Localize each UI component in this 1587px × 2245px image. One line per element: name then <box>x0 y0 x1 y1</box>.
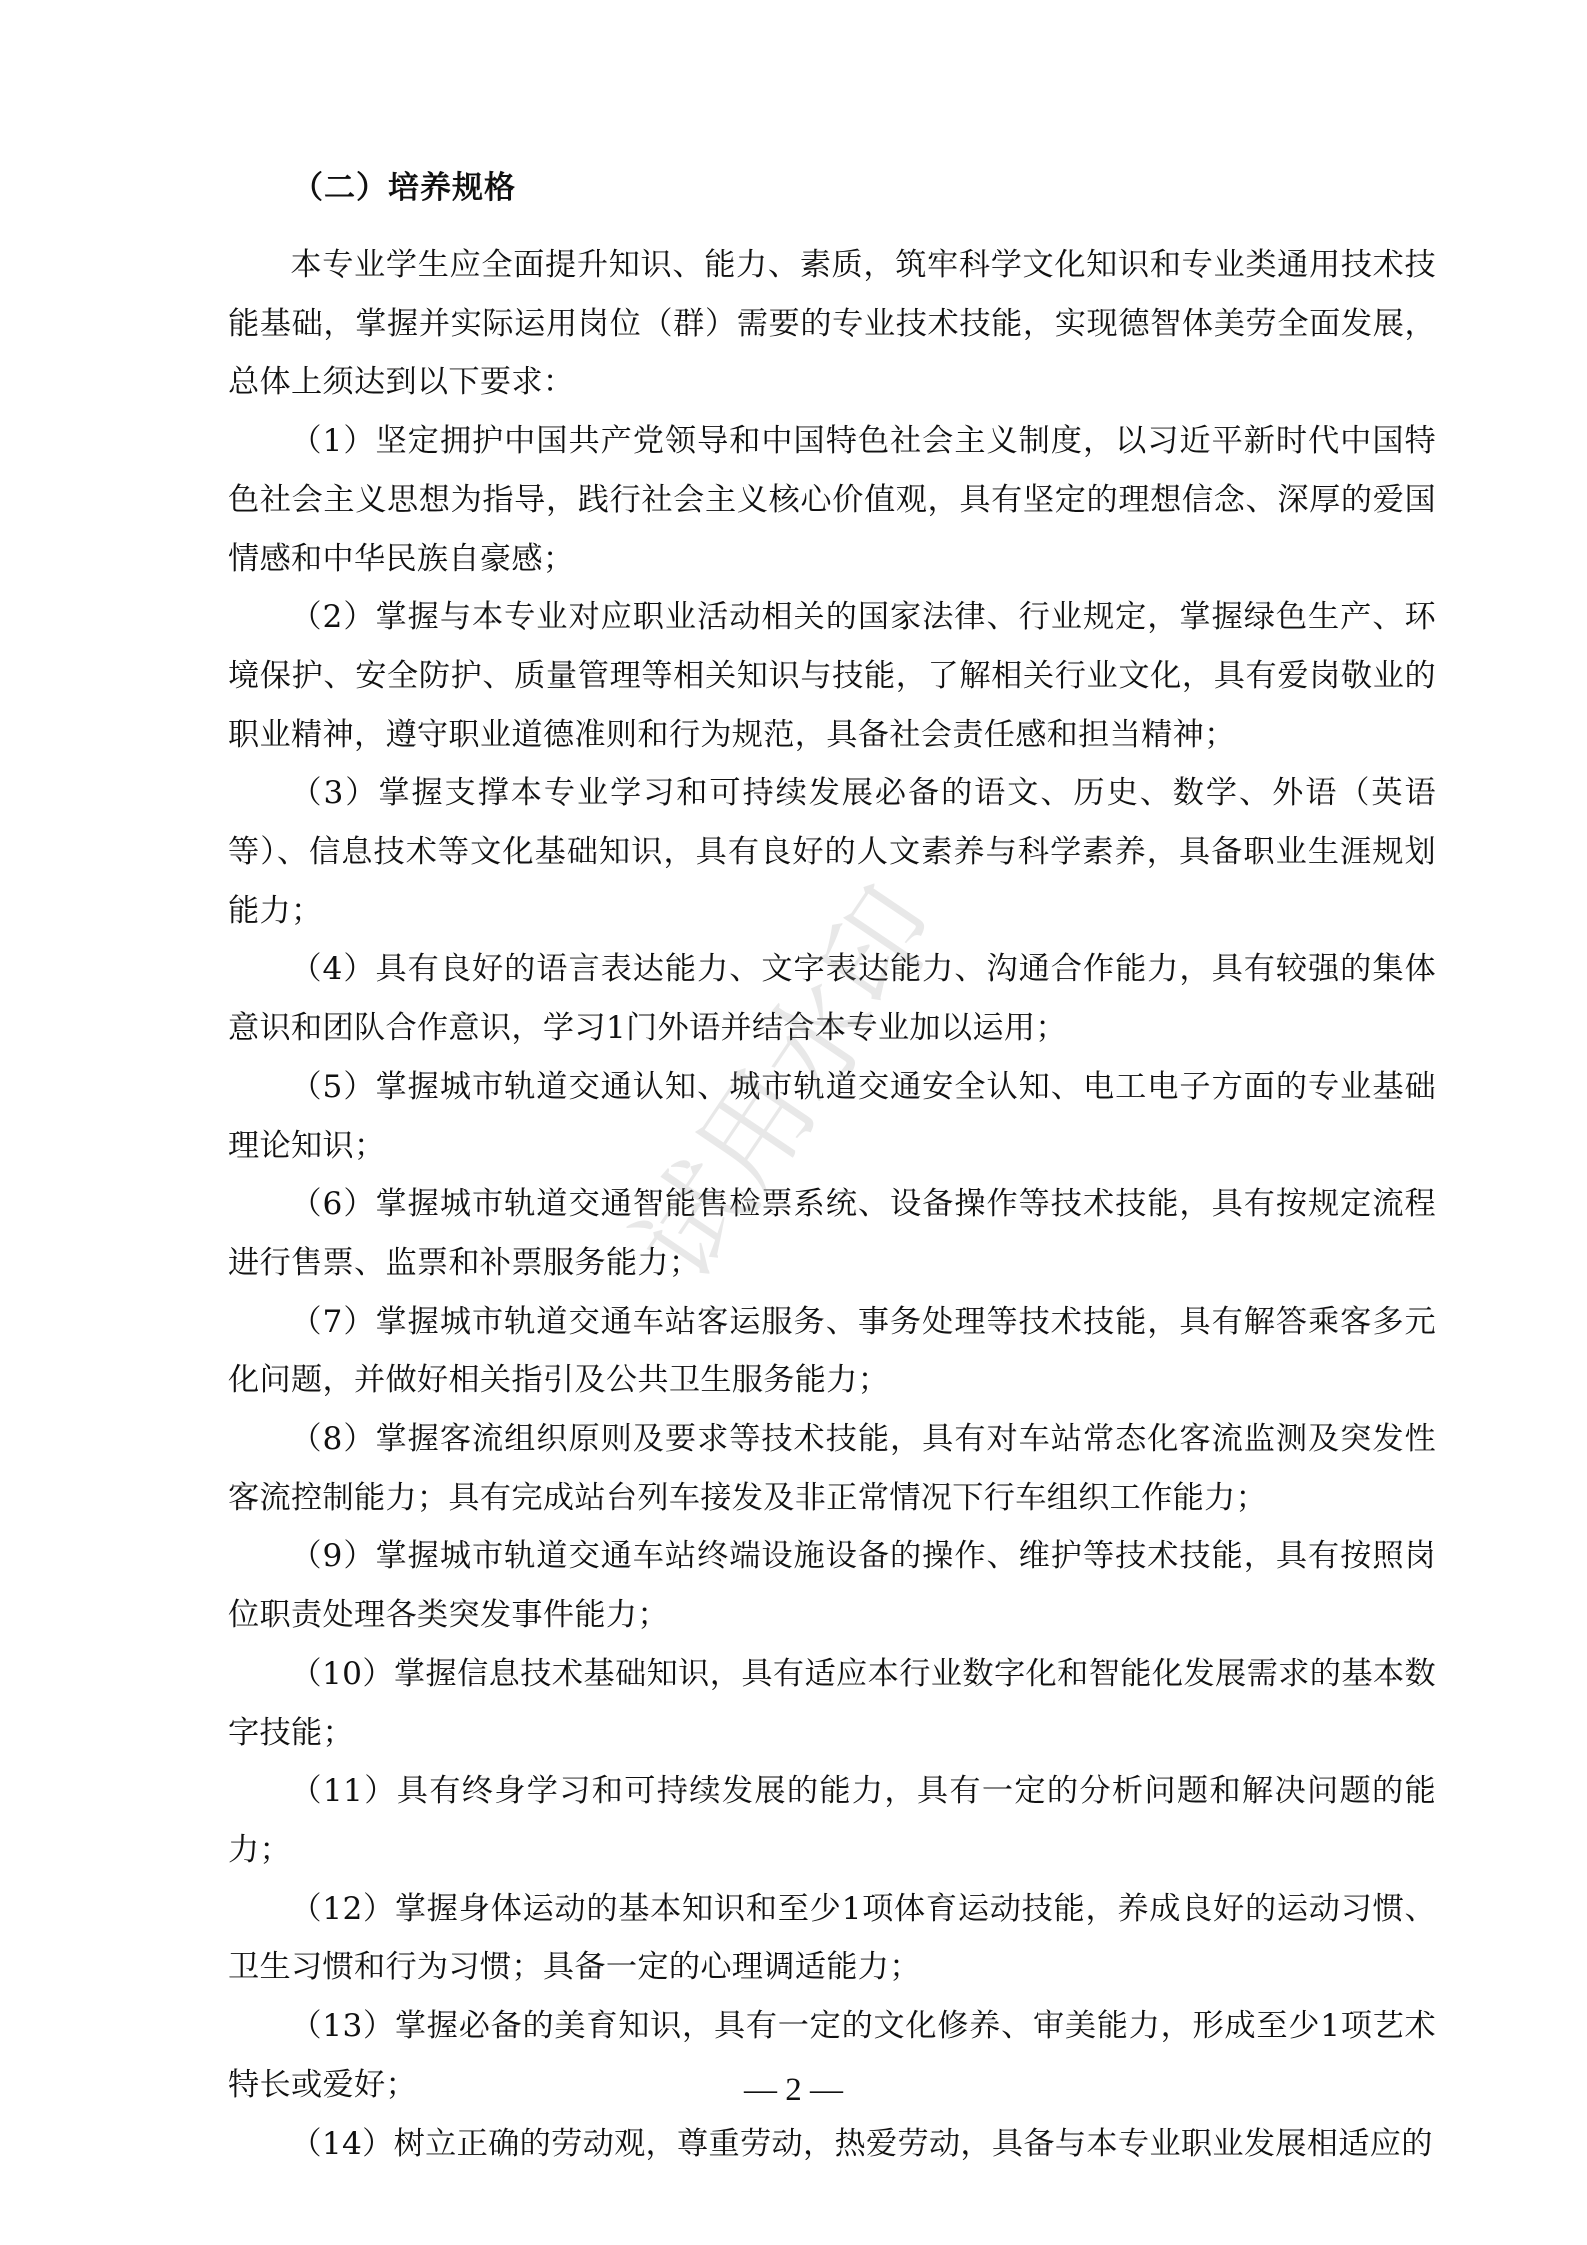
intro-paragraph: 本专业学生应全面提升知识、能力、素质，筑牢科学文化知识和专业类通用技术技能基础，… <box>228 236 1436 412</box>
requirement-14: （14）树立正确的劳动观，尊重劳动，热爱劳动，具备与本专业职业发展相适应的 <box>228 2115 1436 2174</box>
requirement-11: （11）具有终身学习和可持续发展的能力，具有一定的分析问题和解决问题的能力； <box>228 1762 1436 1879</box>
requirement-1: （1）坚定拥护中国共产党领导和中国特色社会主义制度，以习近平新时代中国特色社会主… <box>228 412 1436 588</box>
requirement-5: （5）掌握城市轨道交通认知、城市轨道交通安全认知、电工电子方面的专业基础理论知识… <box>228 1058 1436 1175</box>
requirement-10: （10）掌握信息技术基础知识，具有适应本行业数字化和智能化发展需求的基本数字技能… <box>228 1645 1436 1762</box>
requirement-7: （7）掌握城市轨道交通车站客运服务、事务处理等技术技能，具有解答乘客多元化问题，… <box>228 1293 1436 1410</box>
requirement-6: （6）掌握城市轨道交通智能售检票系统、设备操作等技术技能，具有按规定流程进行售票… <box>228 1175 1436 1292</box>
requirement-12: （12）掌握身体运动的基本知识和至少1项体育运动技能，养成良好的运动习惯、卫生习… <box>228 1880 1436 1997</box>
requirement-9: （9）掌握城市轨道交通车站终端设施设备的操作、维护等技术技能，具有按照岗位职责处… <box>228 1527 1436 1644</box>
requirement-3: （3）掌握支撑本专业学习和可持续发展必备的语文、历史、数学、外语（英语等）、信息… <box>228 764 1436 940</box>
requirement-2: （2）掌握与本专业对应职业活动相关的国家法律、行业规定，掌握绿色生产、环境保护、… <box>228 588 1436 764</box>
section-heading: （二）培养规格 <box>292 162 516 207</box>
requirement-8: （8）掌握客流组织原则及要求等技术技能，具有对车站常态化客流监测及突发性客流控制… <box>228 1410 1436 1527</box>
requirement-4: （4）具有良好的语言表达能力、文字表达能力、沟通合作能力，具有较强的集体意识和团… <box>228 940 1436 1057</box>
document-body: 本专业学生应全面提升知识、能力、素质，筑牢科学文化知识和专业类通用技术技能基础，… <box>228 236 1436 2173</box>
page-number: — 2 — <box>0 2072 1587 2109</box>
